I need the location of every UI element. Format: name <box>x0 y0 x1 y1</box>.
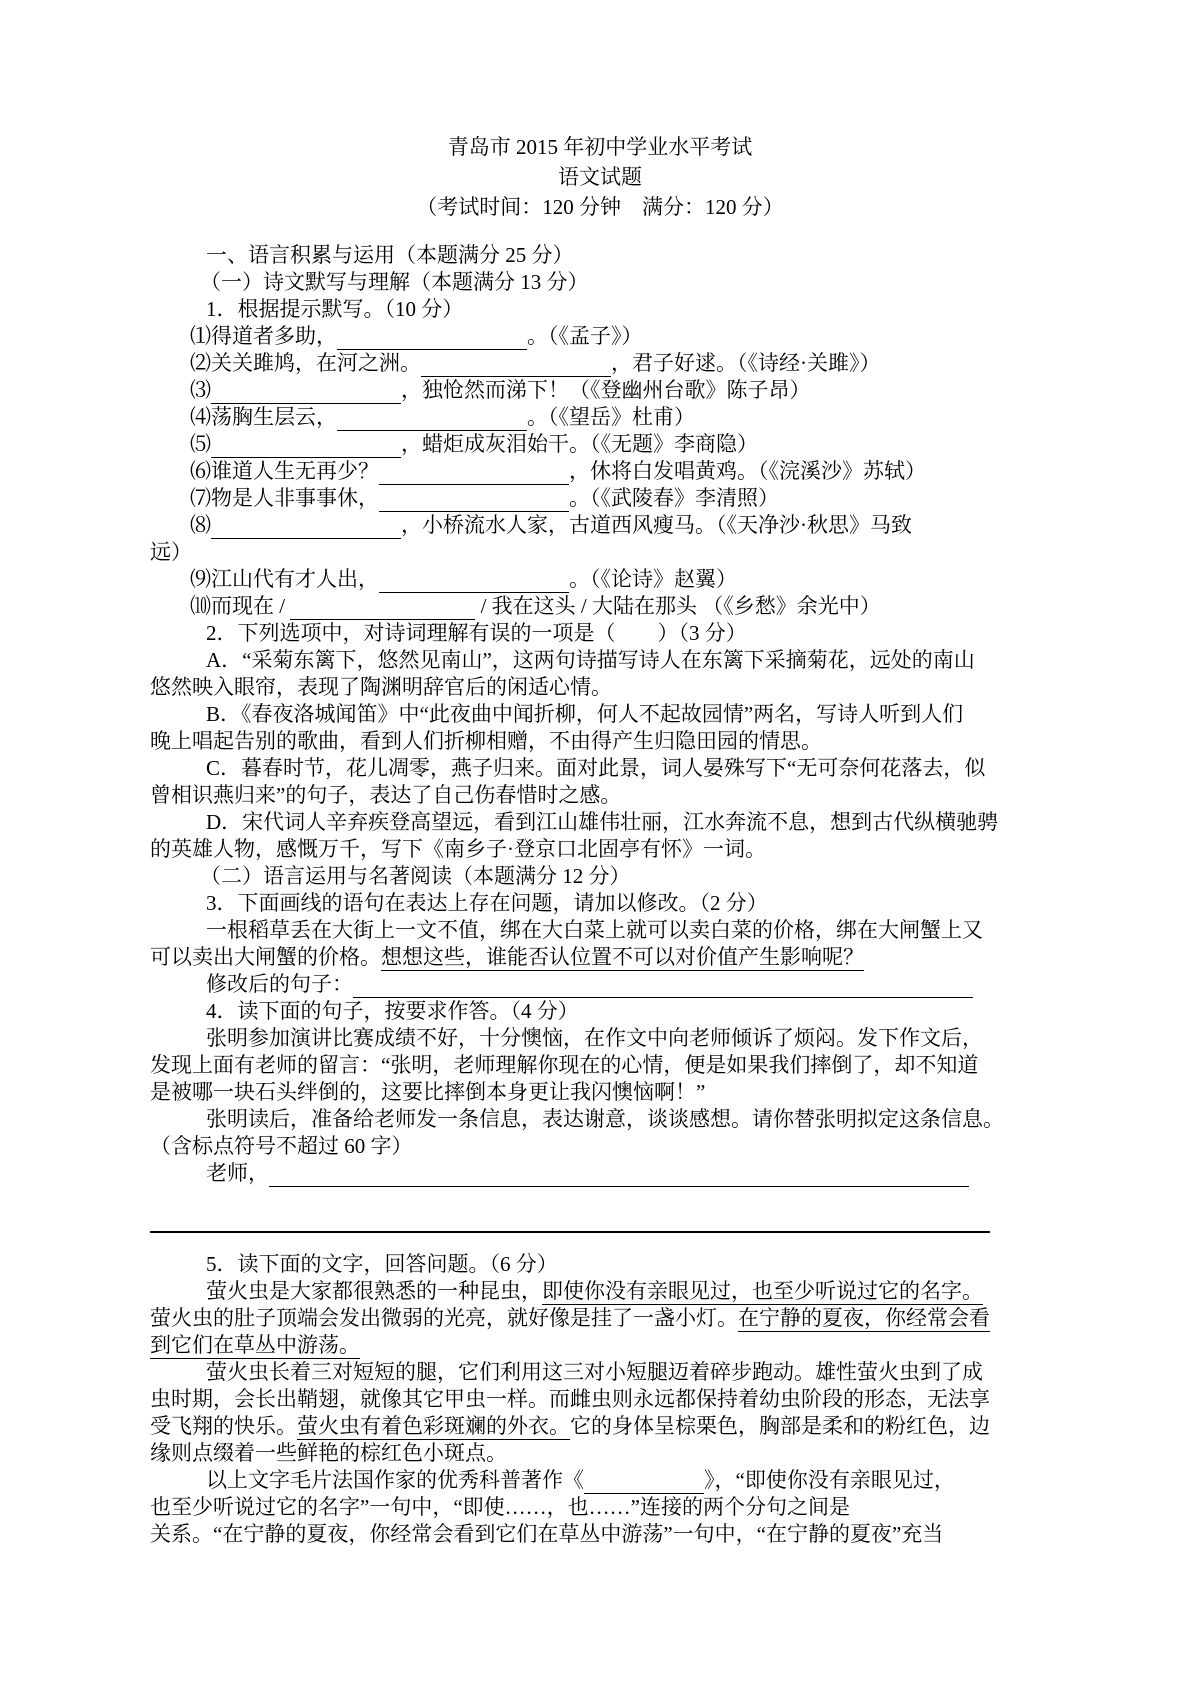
vertical-gap <box>150 222 1050 242</box>
q1-item-3: ⑶，独怆然而涕下！（《登幽州台歌》陈子昂） <box>150 377 1050 404</box>
text-run: 曾相识燕归来”的句子，表达了自己伤春惜时之感。 <box>150 783 621 807</box>
text-run: ⑺物是人非事事休， <box>190 486 379 510</box>
q5-passage-6: 受飞翔的快乐。萤火虫有着色彩斑斓的外衣。它的身体呈棕栗色，胸部是柔和的粉红色，边 <box>150 1413 1050 1440</box>
q5-passage-3: 到它们在草丛中游荡。 <box>150 1332 1050 1359</box>
text-run: 。（《论诗》赵翼） <box>569 567 737 591</box>
text-run: （含标点符号不超过 60 字） <box>150 1134 413 1158</box>
q5-question-2: 也至少听说过它的名字”一句中，“即使……，也……”连接的两个分句之间是 <box>150 1494 1050 1521</box>
exam-paper-page: 青岛市 2015 年初中学业水平考试 语文试题 （考试时间：120 分钟 满分：… <box>0 0 1200 1698</box>
text-run: D．宋代词人辛弃疾登高望远，看到江山雄伟壮丽，江水奔流不息，想到古代纵横驰骋 <box>206 810 998 834</box>
text-run: C．暮春时节，花儿凋零，燕子归来。面对此景，词人晏殊写下“无可奈何花落去，似 <box>206 756 985 780</box>
text-run: 1．根据提示默写。（10 分） <box>206 297 463 321</box>
text-run: 也至少听说过它的名字”一句中，“即使……，也……”连接的两个分句之间是 <box>150 1495 850 1519</box>
q5-passage-7: 缘则点缀着一些鲜艳的棕红色小斑点。 <box>150 1440 1050 1467</box>
answer-blank <box>269 1167 969 1187</box>
underlined-phrase: 即使你没有亲眼见过，也至少听说过它的名字。 <box>542 1279 983 1305</box>
underlined-phrase: 到它们在草丛中游荡。 <box>150 1333 360 1359</box>
text-run: / 我在这头 / 大陆在那头 （《乡愁》余光中） <box>475 594 880 618</box>
q5-passage-2: 萤火虫的肚子顶端会发出微弱的光亮，就好像是挂了一盏小灯。在宁静的夏夜，你经常会看 <box>150 1305 1050 1332</box>
q1-item-4: ⑷荡胸生层云，。（《望岳》杜甫） <box>150 404 1050 431</box>
answer-blank <box>584 1474 704 1494</box>
answer-blank <box>379 465 569 485</box>
text-run: 修改后的句子： <box>206 972 353 996</box>
q4-passage-1: 张明参加演讲比赛成绩不好，十分懊恼，在作文中向老师倾诉了烦闷。发下作文后， <box>150 1025 1050 1052</box>
vertical-gap <box>150 1233 1050 1251</box>
text-run: ⑼江山代有才人出， <box>190 567 379 591</box>
text-run: ⑷荡胸生层云， <box>190 405 337 429</box>
text-run: ⑴得道者多助， <box>190 324 337 348</box>
page-content: 青岛市 2015 年初中学业水平考试 语文试题 （考试时间：120 分钟 满分：… <box>150 132 1050 1548</box>
text-run: ，休将白发唱黄鸡。（《浣溪沙》苏轼） <box>569 459 926 483</box>
q1-item-2: ⑵关关雎鸠，在河之洲。，君子好逑。（《诗经·关雎》） <box>150 350 1050 377</box>
subsection-2-heading: （二）语言运用与名著阅读（本题满分 12 分） <box>150 863 1050 890</box>
underlined-phrase: 萤火虫有着色彩斑斓的外衣。 <box>297 1414 570 1440</box>
text-run: 4．读下面的句子，按要求作答。（4 分） <box>206 999 579 1023</box>
text-run: ⑶ <box>190 378 211 402</box>
answer-blank <box>421 357 611 377</box>
q5-passage-4: 萤火虫长着三对短短的腿，它们利用这三对小短腿迈着碎步跑动。雄性萤火虫到了成 <box>150 1359 1050 1386</box>
text-run: 它的身体呈棕栗色，胸部是柔和的粉红色，边 <box>570 1414 990 1438</box>
underlined-phrase: 在宁静的夏夜，你经常会看 <box>738 1306 990 1332</box>
text-run: 5．读下面的文字，回答问题。（6 分） <box>206 1252 558 1276</box>
answer-blank <box>379 492 569 512</box>
answer-blank <box>337 411 527 431</box>
text-run: 张明读后，准备给老师发一条信息，表达谢意，谈谈感想。请你替张明拟定这条信息。 <box>206 1107 1004 1131</box>
text-run: 远） <box>150 540 192 564</box>
q4-task: 张明读后，准备给老师发一条信息，表达谢意，谈谈感想。请你替张明拟定这条信息。 <box>150 1106 1050 1133</box>
text-run: 以上文字毛片法国作家的优秀科普著作《 <box>206 1468 584 1492</box>
q3-passage-1: 一根稻草丢在大街上一文不值，绑在大白菜上就可以卖白菜的价格，绑在大闸蟹上又 <box>150 917 1050 944</box>
text-run: ，君子好逑。（《诗经·关雎》） <box>611 351 881 375</box>
subsection-1-heading: （一）诗文默写与理解（本题满分 13 分） <box>150 269 1050 296</box>
q3-stem: 3．下面画线的语句在表达上存在问题，请加以修改。（2 分） <box>150 890 1050 917</box>
text-run: ，独怆然而涕下！（《登幽州台歌》陈子昂） <box>401 378 811 402</box>
text-run: 萤火虫的肚子顶端会发出微弱的光亮，就好像是挂了一盏小灯。 <box>150 1306 738 1330</box>
text-run: ，小桥流水人家，古道西风瘦马。（《天净沙·秋思》马致 <box>401 513 912 537</box>
text-run: 。（《孟子》） <box>527 324 643 348</box>
text-run: 。（《望岳》杜甫） <box>527 405 695 429</box>
answer-blank <box>353 978 973 998</box>
q1-item-5: ⑸，蜡炬成灰泪始干。（《无题》李商隐） <box>150 431 1050 458</box>
answer-blank <box>211 438 401 458</box>
q4-passage-3: 是被哪一块石头绊倒的，这要比摔倒本身更让我闪懊恼啊！” <box>150 1079 1050 1106</box>
q4-note: （含标点符号不超过 60 字） <box>150 1133 1050 1160</box>
q4-answer-line: 老师， <box>150 1160 1050 1187</box>
text-run: 是被哪一块石头绊倒的，这要比摔倒本身更让我闪懊恼啊！” <box>150 1080 705 1104</box>
text-run: ⑸ <box>190 432 211 456</box>
text-run: 3．下面画线的语句在表达上存在问题，请加以修改。（2 分） <box>206 891 768 915</box>
q1-item-10: ⑽而现在 / / 我在这头 / 大陆在那头 （《乡愁》余光中） <box>150 593 1050 620</box>
q1-item-7: ⑺物是人非事事休，。（《武陵春》李清照） <box>150 485 1050 512</box>
q4-passage-2: 发现上面有老师的留言：“张明，老师理解你现在的心情，便是如果我们摔倒了，却不知道 <box>150 1052 1050 1079</box>
text-run: 缘则点缀着一些鲜艳的棕红色小斑点。 <box>150 1441 507 1465</box>
q2-option-b: B．《春夜洛城闻笛》中“此夜曲中闻折柳，何人不起故园情”两名，写诗人听到人们 <box>150 701 1050 728</box>
text-run: 发现上面有老师的留言：“张明，老师理解你现在的心情，便是如果我们摔倒了，却不知道 <box>150 1053 978 1077</box>
text-run: 可以卖出大闸蟹的价格。 <box>150 945 381 969</box>
text-run: 悠然映入眼帘，表现了陶渊明辞官后的闲适心情。 <box>150 675 612 699</box>
q5-stem: 5．读下面的文字，回答问题。（6 分） <box>150 1251 1050 1278</box>
underlined-phrase: 想想这些，谁能否认位置不可以对价值产生影响呢？ <box>381 945 864 971</box>
q2-option-d: D．宋代词人辛弃疾登高望远，看到江山雄伟壮丽，江水奔流不息，想到古代纵横驰骋 <box>150 809 1050 836</box>
text-run: 虫时期，会长出鞘翅，就像其它甲虫一样。而雌虫则永远都保持着幼虫阶段的形态，无法享 <box>150 1387 990 1411</box>
q2-option-c: C．暮春时节，花儿凋零，燕子归来。面对此景，词人晏殊写下“无可奈何花落去，似 <box>150 755 1050 782</box>
text-run: 》，“即使你没有亲眼见过， <box>704 1468 955 1492</box>
document-lines: 一、语言积累与运用（本题满分 25 分）（一）诗文默写与理解（本题满分 13 分… <box>150 222 1050 1548</box>
q5-question-3: 关系。“在宁静的夏夜，你经常会看到它们在草丛中游荡”一句中，“在宁静的夏夜”充当 <box>150 1521 1050 1548</box>
text-run: ⑹谁道人生无再少？ <box>190 459 379 483</box>
q2-option-b-cont: 晚上唱起告别的歌曲，看到人们折柳相赠，不由得产生归隐田园的情思。 <box>150 728 1050 755</box>
text-run: （二）语言运用与名著阅读（本题满分 12 分） <box>200 864 631 888</box>
text-run: 。（《武陵春》李清照） <box>569 486 779 510</box>
answer-blank <box>211 384 401 404</box>
text-run: 一、语言积累与运用（本题满分 25 分） <box>206 243 574 267</box>
q2-option-a: A．“采菊东篱下，悠然见南山”，这两句诗描写诗人在东篱下采摘菊花，远处的南山 <box>150 647 1050 674</box>
answer-blank <box>379 573 569 593</box>
q2-option-a-cont: 悠然映入眼帘，表现了陶渊明辞官后的闲适心情。 <box>150 674 1050 701</box>
q2-option-d-cont: 的英雄人物，感慨万千，写下《南乡子·登京口北固亭有怀》一词。 <box>150 836 1050 863</box>
answer-blank <box>290 600 475 620</box>
text-run: 关系。“在宁静的夏夜，你经常会看到它们在草丛中游荡”一句中，“在宁静的夏夜”充当 <box>150 1522 943 1546</box>
text-run: ，蜡炬成灰泪始干。（《无题》李商隐） <box>401 432 758 456</box>
q1-item-8: ⑻，小桥流水人家，古道西风瘦马。（《天净沙·秋思》马致 <box>150 512 1050 539</box>
q2-stem: 2．下列选项中，对诗词理解有误的一项是（ ）（3 分） <box>150 620 1050 647</box>
text-run: A．“采菊东篱下，悠然见南山”，这两句诗描写诗人在东篱下采摘菊花，远处的南山 <box>206 648 975 672</box>
text-run: 一根稻草丢在大街上一文不值，绑在大白菜上就可以卖白菜的价格，绑在大闸蟹上又 <box>206 918 983 942</box>
text-run: ⑵关关雎鸠，在河之洲。 <box>190 351 421 375</box>
exam-title: 青岛市 2015 年初中学业水平考试 <box>150 132 1050 162</box>
section-1-heading: 一、语言积累与运用（本题满分 25 分） <box>150 242 1050 269</box>
q1-item-8-cont: 远） <box>150 539 1050 566</box>
text-run: ⑽而现在 / <box>190 594 290 618</box>
answer-blank <box>337 330 527 350</box>
q1-stem: 1．根据提示默写。（10 分） <box>150 296 1050 323</box>
text-run: ⑻ <box>190 513 211 537</box>
exam-info-line: （考试时间：120 分钟 满分：120 分） <box>150 192 1050 222</box>
text-run: 老师， <box>206 1161 269 1185</box>
text-run: 张明参加演讲比赛成绩不好，十分懊恼，在作文中向老师倾诉了烦闷。发下作文后， <box>206 1026 983 1050</box>
q1-item-1: ⑴得道者多助，。（《孟子》） <box>150 323 1050 350</box>
text-run: 萤火虫长着三对短短的腿，它们利用这三对小短腿迈着碎步跑动。雄性萤火虫到了成 <box>206 1360 983 1384</box>
q1-item-6: ⑹谁道人生无再少？，休将白发唱黄鸡。（《浣溪沙》苏轼） <box>150 458 1050 485</box>
q1-item-9: ⑼江山代有才人出，。（《论诗》赵翼） <box>150 566 1050 593</box>
q5-question-1: 以上文字毛片法国作家的优秀科普著作《》，“即使你没有亲眼见过， <box>150 1467 1050 1494</box>
text-run: 的英雄人物，感慨万千，写下《南乡子·登京口北固亭有怀》一词。 <box>150 837 766 861</box>
q2-option-c-cont: 曾相识燕归来”的句子，表达了自己伤春惜时之感。 <box>150 782 1050 809</box>
q5-passage-1: 萤火虫是大家都很熟悉的一种昆虫，即使你没有亲眼见过，也至少听说过它的名字。 <box>150 1278 1050 1305</box>
q3-passage-2: 可以卖出大闸蟹的价格。想想这些，谁能否认位置不可以对价值产生影响呢？ <box>150 944 1050 971</box>
q3-answer-line: 修改后的句子： <box>150 971 1050 998</box>
text-run: 晚上唱起告别的歌曲，看到人们折柳相赠，不由得产生归隐田园的情思。 <box>150 729 822 753</box>
text-run: 受飞翔的快乐。 <box>150 1414 297 1438</box>
text-run: 2．下列选项中，对诗词理解有误的一项是（ ）（3 分） <box>206 621 747 645</box>
answer-blank <box>211 519 401 539</box>
vertical-gap <box>150 1187 1050 1231</box>
exam-subject-title: 语文试题 <box>150 162 1050 192</box>
text-run: B．《春夜洛城闻笛》中“此夜曲中闻折柳，何人不起故园情”两名，写诗人听到人们 <box>206 702 963 726</box>
text-run: 萤火虫是大家都很熟悉的一种昆虫， <box>206 1279 542 1303</box>
text-run: （一）诗文默写与理解（本题满分 13 分） <box>200 270 589 294</box>
q4-stem: 4．读下面的句子，按要求作答。（4 分） <box>150 998 1050 1025</box>
q5-passage-5: 虫时期，会长出鞘翅，就像其它甲虫一样。而雌虫则永远都保持着幼虫阶段的形态，无法享 <box>150 1386 1050 1413</box>
